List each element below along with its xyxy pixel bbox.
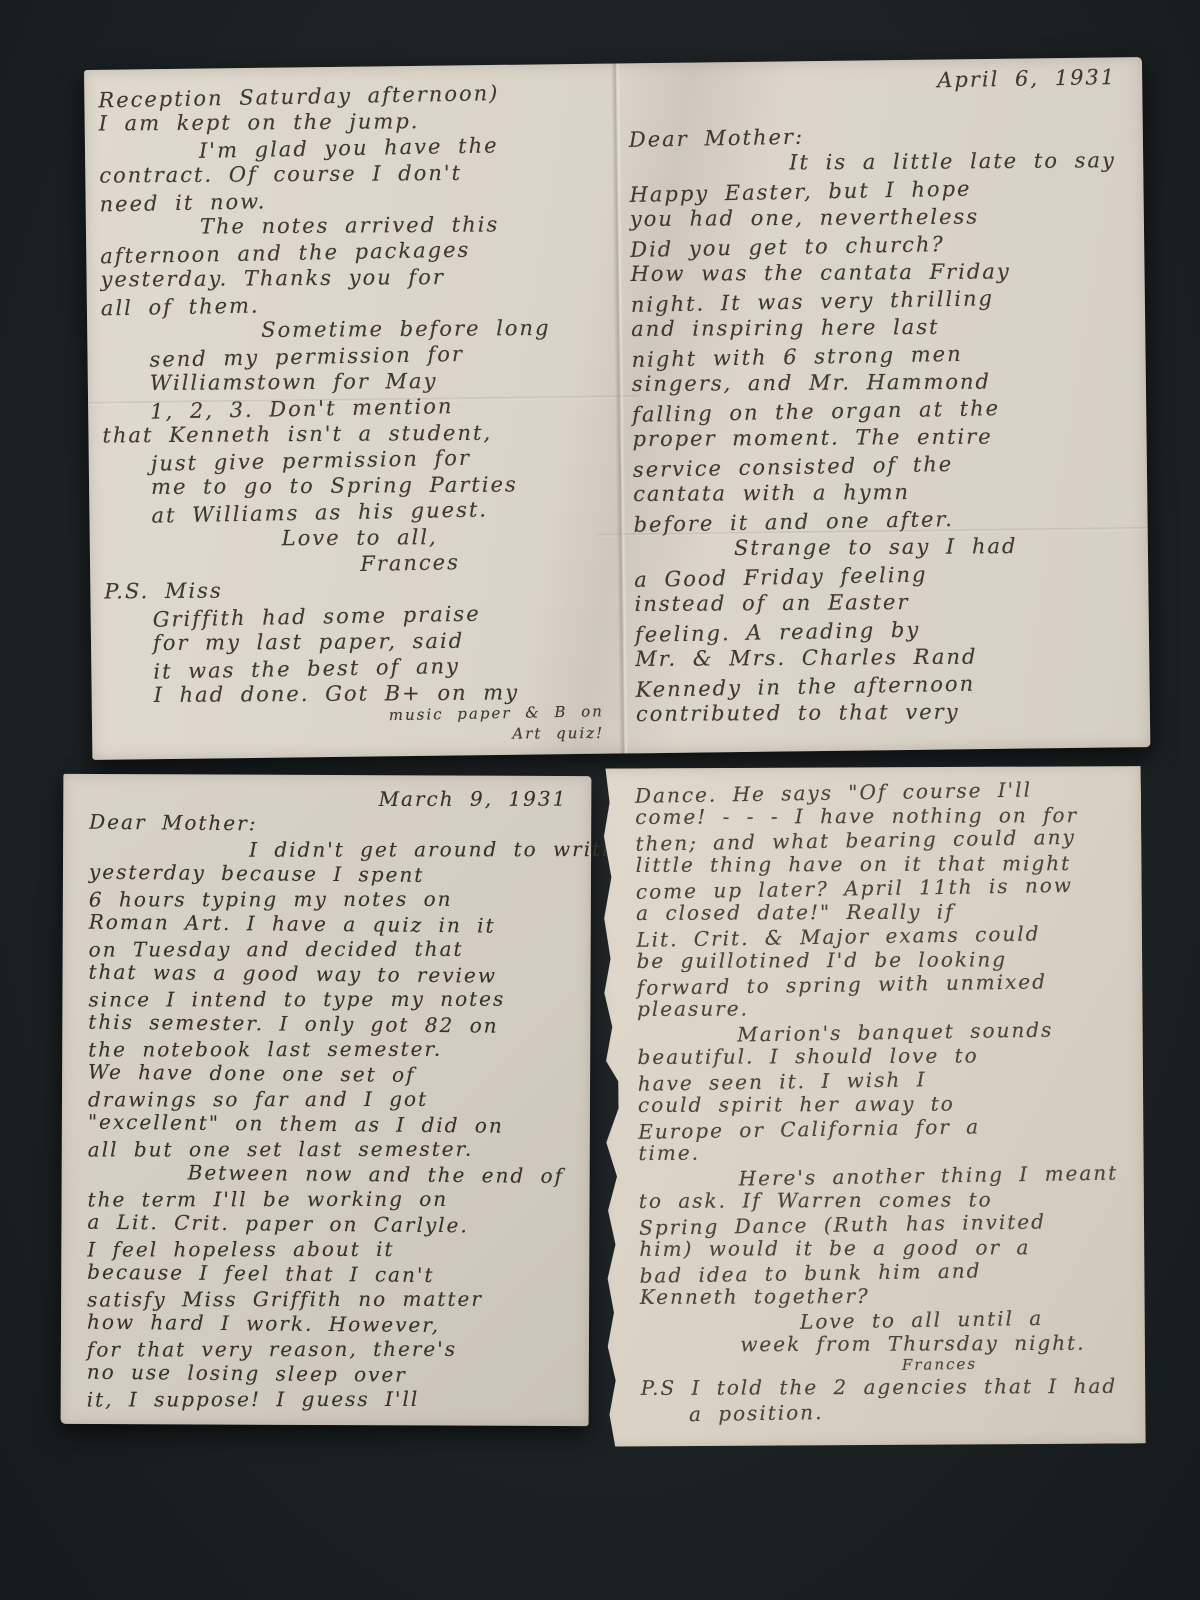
handwritten-line: Between now and the end of <box>188 1160 580 1189</box>
letter-sheet-april-folded: Reception Saturday afternoon)I am kept o… <box>84 57 1150 760</box>
handwritten-line: because I feel that I can't <box>87 1260 579 1290</box>
handwritten-line: how hard I work. However, <box>87 1310 579 1340</box>
handwritten-line: Marion's banquet sounds <box>737 1016 1135 1046</box>
handwritten-line: since I intend to type my notes <box>88 987 580 1013</box>
handwritten-line: satisfy Miss Griffith no matter <box>87 1287 579 1313</box>
handwritten-line: March 9, 1931 <box>89 787 581 813</box>
handwritten-line: no use losing sleep over <box>87 1360 579 1390</box>
handwritten-line: contributed to that very <box>636 697 1138 728</box>
handwritten-line: Dear Mother: <box>89 810 581 840</box>
handwritten-line: that was a good way to review <box>88 960 580 990</box>
handwritten-line: it, I suppose! I guess I'll <box>87 1387 579 1413</box>
handwritten-line: It is a little late to say <box>789 147 1131 177</box>
letter-page-april-first: April 6, 1931Dear Mother:It is a little … <box>628 57 1138 753</box>
handwritten-line: Roman Art. I have a quiz in it <box>89 910 581 940</box>
photo-of-handwritten-letters: Reception Saturday afternoon)I am kept o… <box>0 0 1200 1600</box>
handwritten-line: on Tuesday and decided that <box>89 937 581 963</box>
handwritten-line: Here's another thing I meant <box>739 1160 1137 1190</box>
handwritten-line: all but one set last semester. <box>88 1137 580 1163</box>
handwritten-line: Art quiz! <box>106 724 618 747</box>
letter-page-march-first: March 9, 1931Dear Mother:I didn't get ar… <box>61 774 592 1426</box>
handwritten-line: 6 hours typing my notes on <box>89 887 581 913</box>
handwritten-line: I feel hopeless about it <box>87 1237 579 1263</box>
handwritten-line: a Lit. Crit. paper on Carlyle. <box>87 1210 579 1240</box>
letter-page-march-final: Dance. He says "Of course I'llcome! - - … <box>597 763 1148 1448</box>
handwritten-line: "excellent" on them as I did on <box>88 1110 580 1140</box>
handwritten-line: for that very reason, there's <box>87 1337 579 1363</box>
letter-page-april-closing: Reception Saturday afternoon)I am kept o… <box>98 64 618 760</box>
handwritten-line: the notebook last semester. <box>88 1037 580 1063</box>
handwritten-line: a position. <box>689 1395 1139 1426</box>
handwritten-line: the term I'll be working on <box>88 1187 580 1213</box>
handwritten-line: drawings so far and I got <box>88 1087 580 1113</box>
handwritten-line: this semester. I only got 82 on <box>88 1010 580 1040</box>
handwritten-line: yesterday because I spent <box>89 860 581 890</box>
handwritten-line: Love to all until a <box>800 1304 1138 1333</box>
handwritten-line: We have done one set of <box>88 1060 580 1090</box>
handwritten-line: I didn't get around to writing <box>249 837 581 863</box>
